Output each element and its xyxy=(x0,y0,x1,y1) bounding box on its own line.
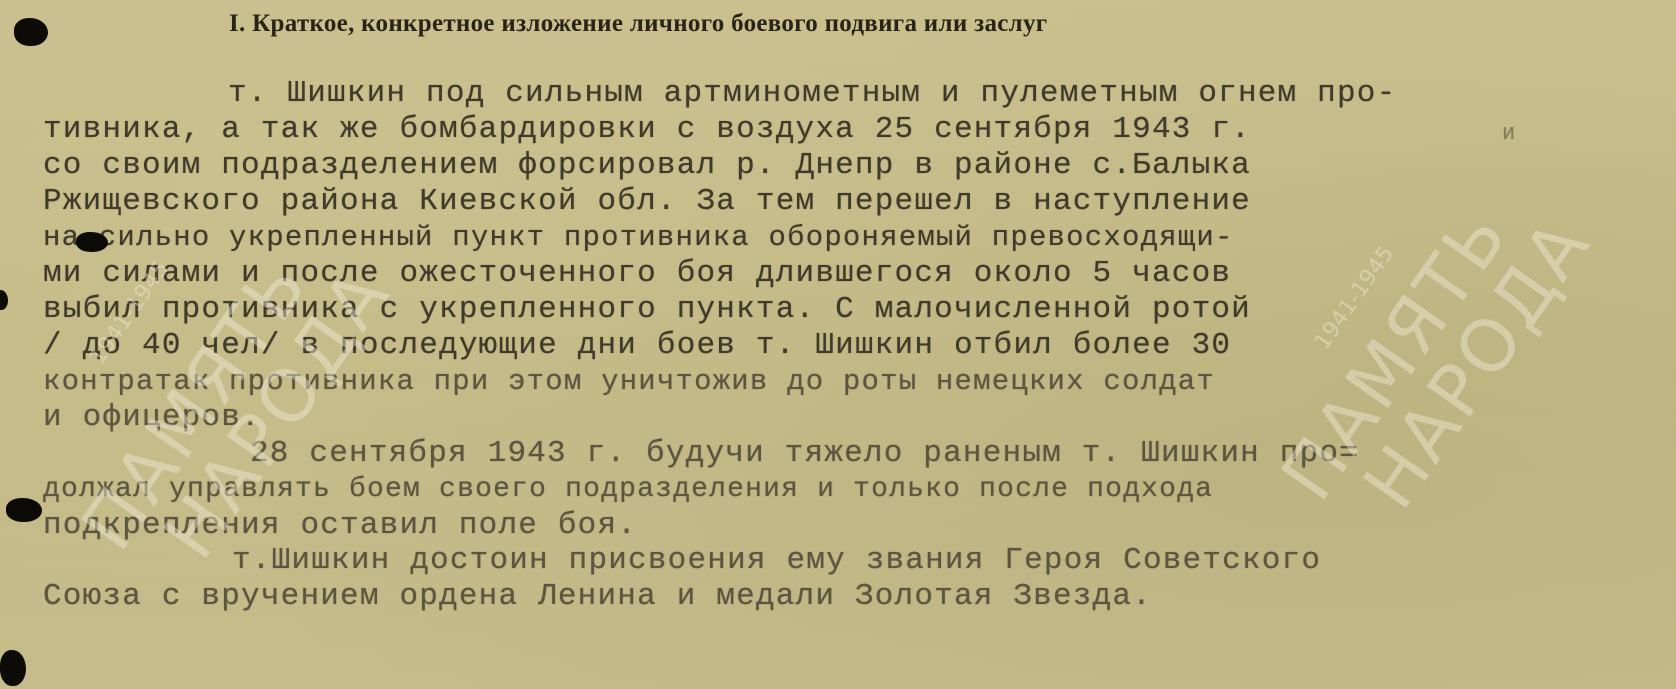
typed-line-8: / до 40 чел/ в последующие дни боев т. Ш… xyxy=(43,330,1231,361)
watermark-years-right: 1941-1945 xyxy=(1310,242,1399,355)
punch-hole xyxy=(0,290,8,310)
watermark-right: ПАМЯТЬ НАРОДА xyxy=(1270,164,1602,552)
section-heading: I. Краткое, конкретное изложение личного… xyxy=(229,10,1047,38)
typed-line-6: ми силами и после ожесточенного боя длив… xyxy=(43,258,1231,289)
typed-line-12: должал управлять боем своего подразделен… xyxy=(43,474,1213,505)
typed-line-9: контратак противника при этом уничтожив … xyxy=(43,366,1215,397)
typed-line-4: Ржищевского района Киевской обл. За тем … xyxy=(43,186,1251,217)
typed-line-7: выбил противника с укрепленного пункта. … xyxy=(43,294,1251,325)
margin-mark: и xyxy=(1502,118,1516,149)
typed-line-1: т. Шишкин под сильным артминометным и пу… xyxy=(228,78,1396,109)
document-page: I. Краткое, конкретное изложение личного… xyxy=(0,0,1676,689)
punch-hole xyxy=(6,498,42,522)
typed-line-3: со своим подразделением форсировал р. Дн… xyxy=(43,150,1251,181)
punch-hole xyxy=(76,232,108,252)
typed-line-11: 28 сентября 1943 г. будучи тяжело ранены… xyxy=(250,438,1359,469)
typed-line-10: и офицеров. xyxy=(43,402,261,433)
typed-line-2: тивника, а так же бомбардировки с воздух… xyxy=(43,114,1251,145)
typed-line-14: т.Шишкин достоин присвоения ему звания Г… xyxy=(232,545,1321,576)
punch-hole xyxy=(0,650,26,686)
typed-line-5: на сильно укрепленный пункт противника о… xyxy=(43,222,1234,253)
typed-line-15: Союза с вручением ордена Ленина и медали… xyxy=(43,581,1152,612)
punch-hole xyxy=(14,18,48,46)
typed-line-13: подкрепления оставил поле боя. xyxy=(43,510,637,541)
